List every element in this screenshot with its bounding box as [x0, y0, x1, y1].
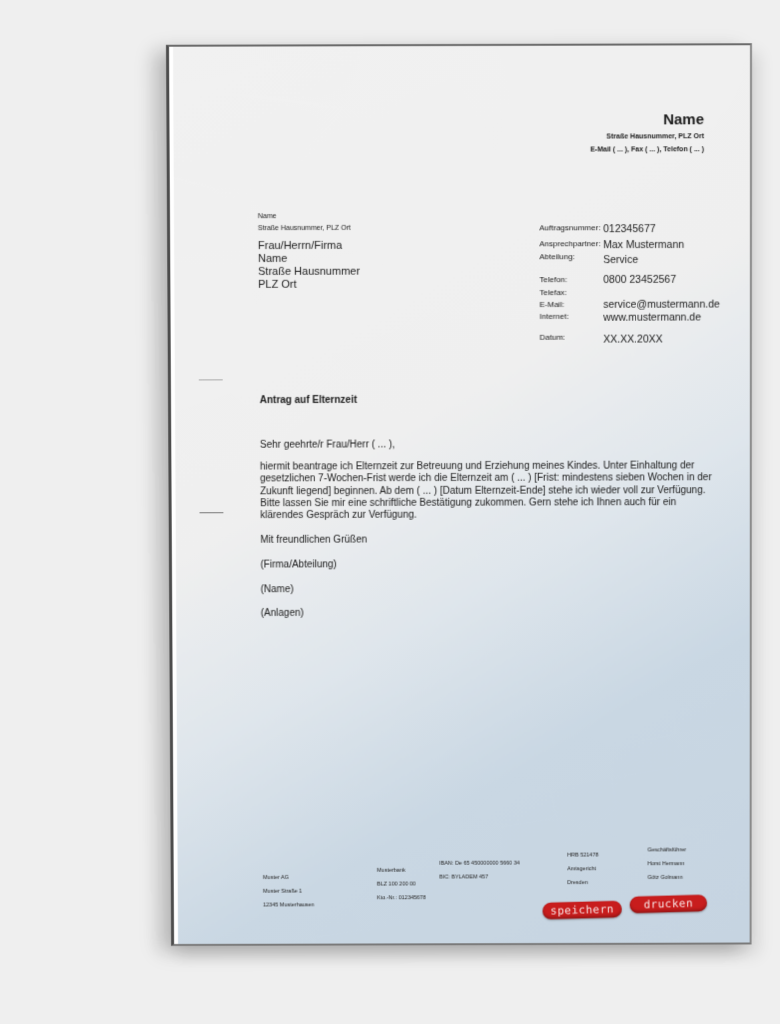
- info-value-email: service@mustermann.de: [603, 299, 720, 311]
- return-address-name: Name: [258, 213, 277, 220]
- recipient-line: Straße Hausnummer: [258, 266, 360, 279]
- info-value-contact: Max Mustermann: [603, 239, 684, 251]
- letter-closing: Mit freundlichen Grüßen: [260, 534, 728, 547]
- footer-hrb: HRB 521478: [567, 851, 598, 862]
- info-value-department: Service: [603, 254, 638, 266]
- recipient-line: Name: [258, 253, 360, 266]
- recipient-line: PLZ Ort: [258, 279, 360, 292]
- footer-bank-name: Musterbank: [377, 866, 426, 877]
- footer-bank: Musterbank BLZ 100 200 00 Kto.-Nr.: 0123…: [377, 866, 426, 904]
- letter-signature-name: (Name): [261, 583, 728, 596]
- footer-manager-1: Horst Hermann: [648, 859, 687, 870]
- info-label-date: Datum:: [540, 333, 566, 342]
- info-label-contact: Ansprechpartner:: [539, 239, 600, 248]
- footer-company-name: Muster AG: [263, 873, 314, 884]
- body-line: gesetzlichen 7-Wochen-Frist werde ich di…: [260, 473, 728, 486]
- footer-iban: IBAN: De 65 450000000 5660 34 BIC: BYLAD…: [439, 859, 519, 884]
- footer-manager-2: Götz Golmann: [648, 873, 687, 884]
- fold-mark: [199, 379, 223, 380]
- info-label-fax: Telefax:: [539, 288, 567, 297]
- footer-management-title: Geschäftsführer: [648, 845, 687, 856]
- footer-account-number: Kto.-Nr.: 012345678: [377, 893, 426, 904]
- footer-company: Muster AG Muster Straße 1 12345 Musterha…: [263, 873, 314, 911]
- footer-company-city: 12345 Musterhausen: [263, 900, 314, 911]
- letter-attachments: (Anlagen): [261, 607, 728, 620]
- letter-subject: Antrag auf Elternzeit: [260, 395, 357, 406]
- footer-bank-code: BLZ 100 200 00: [377, 880, 426, 891]
- letter-company: (Firma/Abteilung): [260, 558, 727, 571]
- body-line: Zukunft liegend] beginnen. Ab dem ( ... …: [260, 485, 728, 498]
- letter-page: Name Straße Hausnummer, PLZ Ort E-Mail (…: [166, 43, 752, 946]
- info-value-order-number: 012345677: [603, 223, 655, 235]
- footer-court-city: Dresden: [567, 878, 598, 889]
- letter-salutation: Sehr geehrte/r Frau/Herr ( ... ),: [260, 439, 728, 452]
- return-address-street: Straße Hausnummer, PLZ Ort: [258, 225, 351, 232]
- info-label-email: E-Mail:: [539, 300, 564, 309]
- document-preview: Name Straße Hausnummer, PLZ Ort E-Mail (…: [166, 43, 752, 946]
- info-value-phone: 0800 23452567: [603, 274, 676, 286]
- letterhead-contact: E-Mail ( ... ), Fax ( ... ), Telefon ( .…: [590, 146, 704, 153]
- info-label-website: Internet:: [539, 312, 568, 321]
- footer-iban-number: IBAN: De 65 450000000 5660 34: [439, 859, 519, 870]
- save-button[interactable]: speichern: [542, 901, 622, 920]
- footer-company-street: Muster Straße 1: [263, 887, 314, 898]
- info-label-department: Abteilung:: [539, 252, 575, 261]
- footer-management: Geschäftsführer Horst Hermann Götz Golma…: [648, 845, 687, 883]
- recipient-line: Frau/Herrn/Firma: [258, 240, 360, 253]
- info-label-phone: Telefon:: [539, 275, 567, 284]
- letterhead-name: Name: [663, 111, 704, 128]
- letterhead-address: Straße Hausnummer, PLZ Ort: [606, 133, 704, 140]
- footer-bic: BIC: BYLADEM 457: [439, 872, 519, 883]
- info-value-website: www.mustermann.de: [603, 312, 701, 324]
- print-button[interactable]: drucken: [630, 894, 708, 913]
- info-value-date: XX.XX.20XX: [603, 334, 662, 346]
- punch-mark: [200, 512, 224, 513]
- letter-body: hiermit beantrage ich Elternzeit zur Bet…: [260, 460, 728, 522]
- info-label-order-number: Auftragsnummer:: [539, 223, 600, 232]
- footer-court: Amtsgericht: [567, 864, 598, 875]
- recipient-address: Frau/Herrn/Firma Name Straße Hausnummer …: [258, 240, 360, 292]
- body-line: Bitte lassen Sie mir eine schriftliche B…: [260, 497, 728, 510]
- body-line: klärendes Gespräch zur Verfügung.: [260, 509, 728, 522]
- footer-register: HRB 521478 Amtsgericht Dresden: [567, 851, 598, 889]
